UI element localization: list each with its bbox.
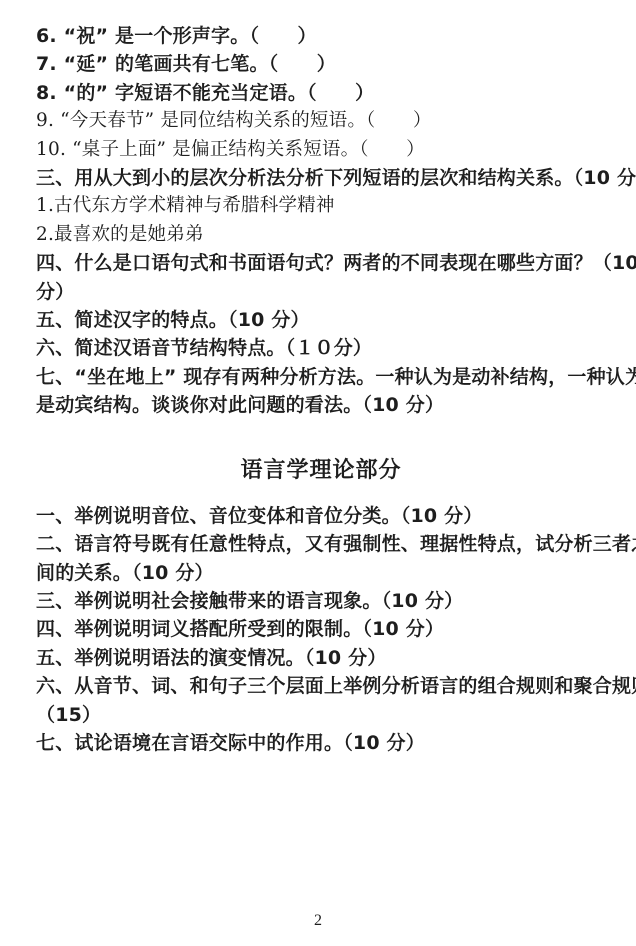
question-line: 六、简述汉语音节结构特点。（１０分） [36,334,606,362]
question-line: 七、试论语境在言语交际中的作用。（10 分） [36,729,606,757]
question-line: 二、语言符号既有任意性特点，又有强制性、理据性特点，试分析三者之 [36,530,606,558]
question-line: 7. “延” 的笔画共有七笔。（ ） [36,50,606,78]
section-linguistics-theory: 一、举例说明音位、音位变体和音位分类。（10 分） 二、语言符号既有任意性特点，… [36,502,606,758]
question-line: 四、什么是口语句式和书面语句式？两者的不同表现在哪些方面？（10 [36,249,606,277]
question-line-continuation: 间的关系。（10 分） [36,559,606,587]
question-subitem: 1.古代东方学术精神与希腊科学精神 [36,192,606,220]
page-number: 2 [0,912,636,930]
question-line: 五、简述汉字的特点。（10 分） [36,306,606,334]
section-modern-chinese: 6. “祝” 是一个形声字。（ ） 7. “延” 的笔画共有七笔。（ ） 8. … [36,22,606,420]
question-line-continuation: 分） [36,278,606,306]
question-line: 一、举例说明音位、音位变体和音位分类。（10 分） [36,502,606,530]
question-line: 六、从音节、词、和句子三个层面上举例分析语言的组合规则和聚合规则。 [36,672,606,700]
question-line: 6. “祝” 是一个形声字。（ ） [36,22,606,50]
question-line: 三、举例说明社会接触带来的语言现象。（10 分） [36,587,606,615]
question-subitem: 2.最喜欢的是她弟弟 [36,221,606,249]
question-line-continuation: （15） [36,701,606,729]
question-line: 8. “的” 字短语不能充当定语。（ ） [36,79,606,107]
section-title: 语言学理论部分 [36,456,606,486]
question-line: 七、“坐在地上” 现存有两种分析方法。一种认为是动补结构，一种认为 [36,363,606,391]
question-line: 9. “今天春节” 是同位结构关系的短语。（ ） [36,107,606,135]
question-line: 三、用从大到小的层次分析法分析下列短语的层次和结构关系。（10 分） [36,164,606,192]
question-line: 五、举例说明语法的演变情况。（10 分） [36,644,606,672]
exam-page: 6. “祝” 是一个形声字。（ ） 7. “延” 的笔画共有七笔。（ ） 8. … [0,0,636,946]
question-line-continuation: 是动宾结构。谈谈你对此问题的看法。（10 分） [36,391,606,419]
question-line: 四、举例说明词义搭配所受到的限制。（10 分） [36,615,606,643]
question-line: 10. “桌子上面” 是偏正结构关系短语。（ ） [36,136,606,164]
exam-content: 6. “祝” 是一个形声字。（ ） 7. “延” 的笔画共有七笔。（ ） 8. … [0,0,636,757]
